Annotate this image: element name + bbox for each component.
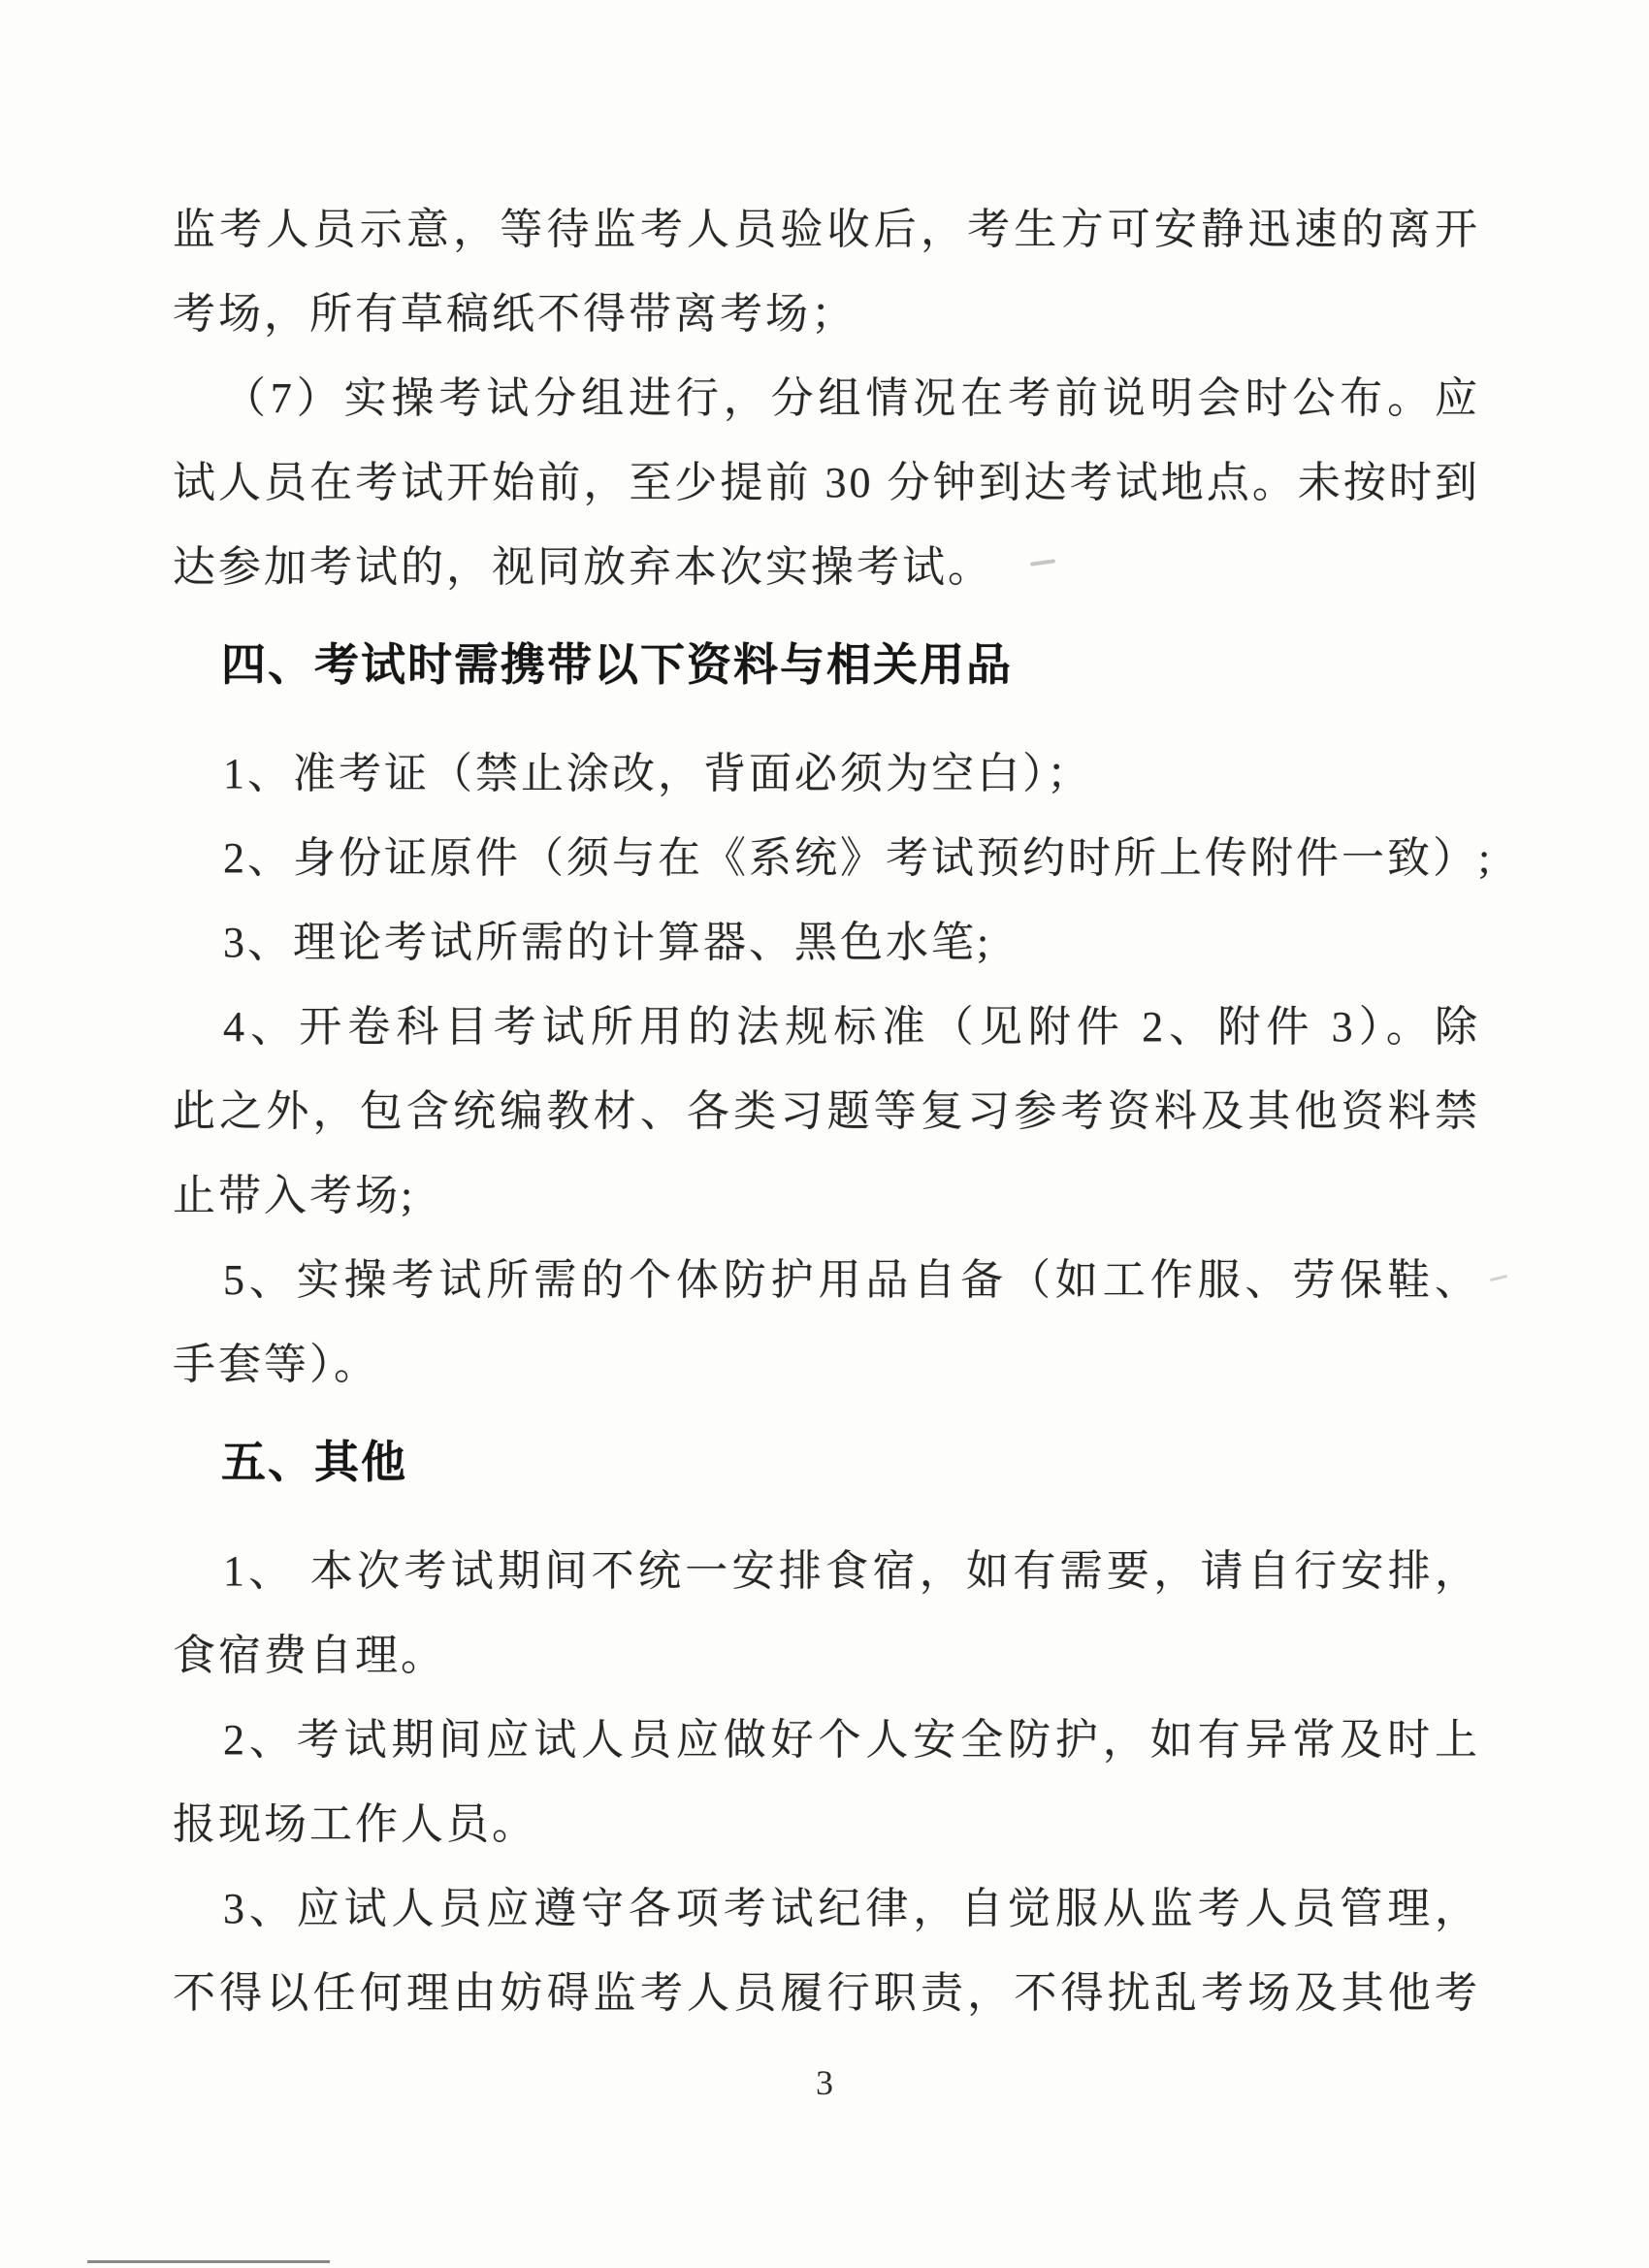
page-number: 3 — [0, 2062, 1649, 2103]
text-line: 4、开卷科目考试所用的法规标准（见附件 2、附件 3）。除 — [173, 985, 1480, 1069]
text-line: 2、考试期间应试人员应做好个人安全防护，如有异常及时上 — [173, 1698, 1480, 1782]
text-line: 3、应试人员应遵守各项考试纪律，自觉服从监考人员管理， — [173, 1866, 1480, 1951]
text-line: 此之外，包含统编教材、各类习题等复习参考资料及其他资料禁 — [173, 1069, 1480, 1153]
text-line: 1、 本次考试期间不统一安排食宿，如有需要，请自行安排， — [173, 1529, 1480, 1613]
scan-edge — [87, 2260, 330, 2263]
text-line: （7）实操考试分组进行，分组情况在考前说明会时公布。应 — [173, 356, 1480, 440]
text-line: 试人员在考试开始前，至少提前 30 分钟到达考试地点。未按时到 — [173, 440, 1480, 525]
text-line: 不得以任何理由妨碍监考人员履行职责，不得扰乱考场及其他考 — [173, 1951, 1480, 2035]
text-line: 手套等）。 — [173, 1322, 1480, 1407]
text-line: 报现场工作人员。 — [173, 1782, 1480, 1866]
text-line: 2、身份证原件（须与在《系统》考试预约时所上传附件一致）; — [173, 816, 1480, 900]
list-item-2: 2、身份证原件（须与在《系统》考试预约时所上传附件一致）; — [173, 816, 1480, 900]
scan-artifact — [1490, 1275, 1507, 1281]
other-item-2: 2、考试期间应试人员应做好个人安全防护，如有异常及时上 报现场工作人员。 — [173, 1698, 1480, 1866]
paragraph-continuation: 监考人员示意，等待监考人员验收后，考生方可安静迅速的离开 考场，所有草稿纸不得带… — [173, 187, 1480, 356]
text-line: 1、准考证（禁止涂改，背面必须为空白）； — [173, 731, 1480, 816]
paragraph-item-7: （7）实操考试分组进行，分组情况在考前说明会时公布。应 试人员在考试开始前，至少… — [173, 356, 1480, 609]
list-item-4: 4、开卷科目考试所用的法规标准（见附件 2、附件 3）。除 此之外，包含统编教材… — [173, 985, 1480, 1238]
text-line: 3、理论考试所需的计算器、黑色水笔; — [173, 900, 1480, 985]
other-item-3: 3、应试人员应遵守各项考试纪律，自觉服从监考人员管理， 不得以任何理由妨碍监考人… — [173, 1866, 1480, 2035]
other-item-1: 1、 本次考试期间不统一安排食宿，如有需要，请自行安排， 食宿费自理。 — [173, 1529, 1480, 1698]
text-line: 5、实操考试所需的个体防护用品自备（如工作服、劳保鞋、 — [173, 1238, 1480, 1322]
section-heading-5: 五、其他 — [173, 1420, 1480, 1505]
list-item-3: 3、理论考试所需的计算器、黑色水笔; — [173, 900, 1480, 985]
list-item-5: 5、实操考试所需的个体防护用品自备（如工作服、劳保鞋、 手套等）。 — [173, 1238, 1480, 1407]
text-line: 考场，所有草稿纸不得带离考场； — [173, 272, 1480, 356]
section-heading-4: 四、考试时需携带以下资料与相关用品 — [173, 623, 1480, 707]
text-line: 止带入考场; — [173, 1153, 1480, 1238]
scanned-document-page: 监考人员示意，等待监考人员验收后，考生方可安静迅速的离开 考场，所有草稿纸不得带… — [0, 0, 1649, 2268]
text-line: 食宿费自理。 — [173, 1613, 1480, 1698]
text-line: 达参加考试的，视同放弃本次实操考试。 — [173, 525, 1480, 609]
list-item-1: 1、准考证（禁止涂改，背面必须为空白）； — [173, 731, 1480, 816]
document-text: 监考人员示意，等待监考人员验收后，考生方可安静迅速的离开 考场，所有草稿纸不得带… — [173, 187, 1480, 2035]
text-line: 监考人员示意，等待监考人员验收后，考生方可安静迅速的离开 — [173, 187, 1480, 272]
